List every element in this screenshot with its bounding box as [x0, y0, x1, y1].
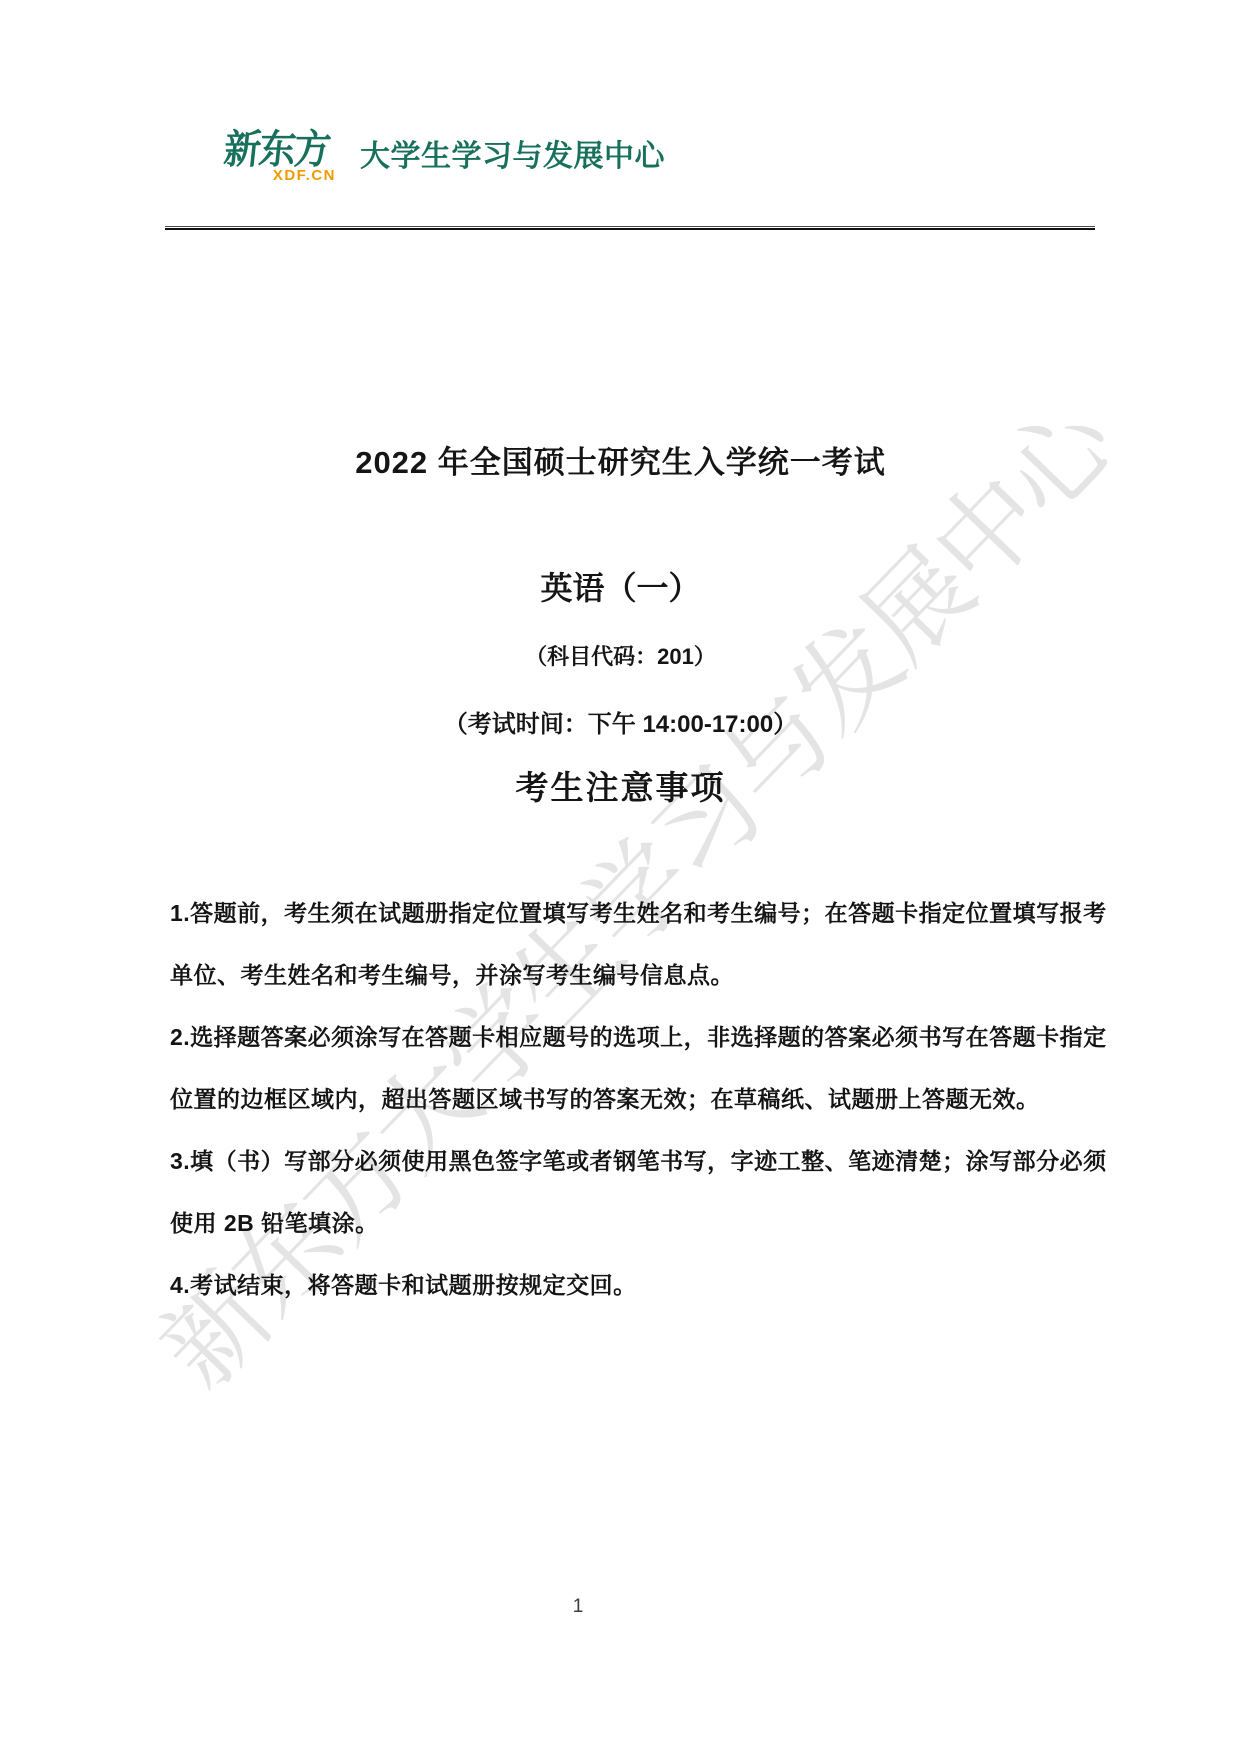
header-divider-thick-line — [165, 228, 1095, 230]
notice-2-line-1: 2.选择题答案必须涂写在答题卡相应题号的选项上，非选择题的答案必须书写在答题卡指… — [170, 1006, 1082, 1068]
subject-title: 英语（一） — [0, 563, 1241, 609]
page-header: 新东方 XDF.CN 大学生学习与发展中心 — [222, 130, 665, 183]
notice-list: 1.答题前，考生须在试题册指定位置填写考生姓名和考生编号；在答题卡指定位置填写报… — [170, 882, 1082, 1316]
notice-3-line-2: 使用 2B 铅笔填涂。 — [170, 1192, 1082, 1254]
xdf-logo-text: 新东方 — [222, 130, 331, 170]
notice-1-line-1: 1.答题前，考生须在试题册指定位置填写考生姓名和考生编号；在答题卡指定位置填写报… — [170, 882, 1082, 944]
notice-4-line-1: 4.考试结束，将答题卡和试题册按规定交回。 — [170, 1254, 1082, 1316]
header-divider — [165, 226, 1095, 230]
notice-heading: 考生注意事项 — [0, 762, 1241, 809]
notice-3-line-1: 3.填（书）写部分必须使用黑色签字笔或者钢笔书写，字迹工整、笔迹清楚；涂写部分必… — [170, 1130, 1082, 1192]
org-name: 大学生学习与发展中心 — [360, 140, 665, 174]
xdf-logo: 新东方 XDF.CN — [222, 130, 336, 183]
notice-1-line-2: 单位、考生姓名和考生编号，并涂写考生编号信息点。 — [170, 944, 1082, 1006]
exam-time: （考试时间：下午 14:00-17:00） — [0, 704, 1241, 739]
page-number: 1 — [558, 1596, 598, 1618]
subject-code: （科目代码：201） — [0, 640, 1241, 671]
notice-2-line-2: 位置的边框区域内，超出答题区域书写的答案无效；在草稿纸、试题册上答题无效。 — [170, 1068, 1082, 1130]
exam-title: 2022 年全国硕士研究生入学统一考试 — [0, 437, 1241, 482]
document-page: 新东方大学生学习与发展中心 新东方 XDF.CN 大学生学习与发展中心 2022… — [0, 0, 1241, 1754]
